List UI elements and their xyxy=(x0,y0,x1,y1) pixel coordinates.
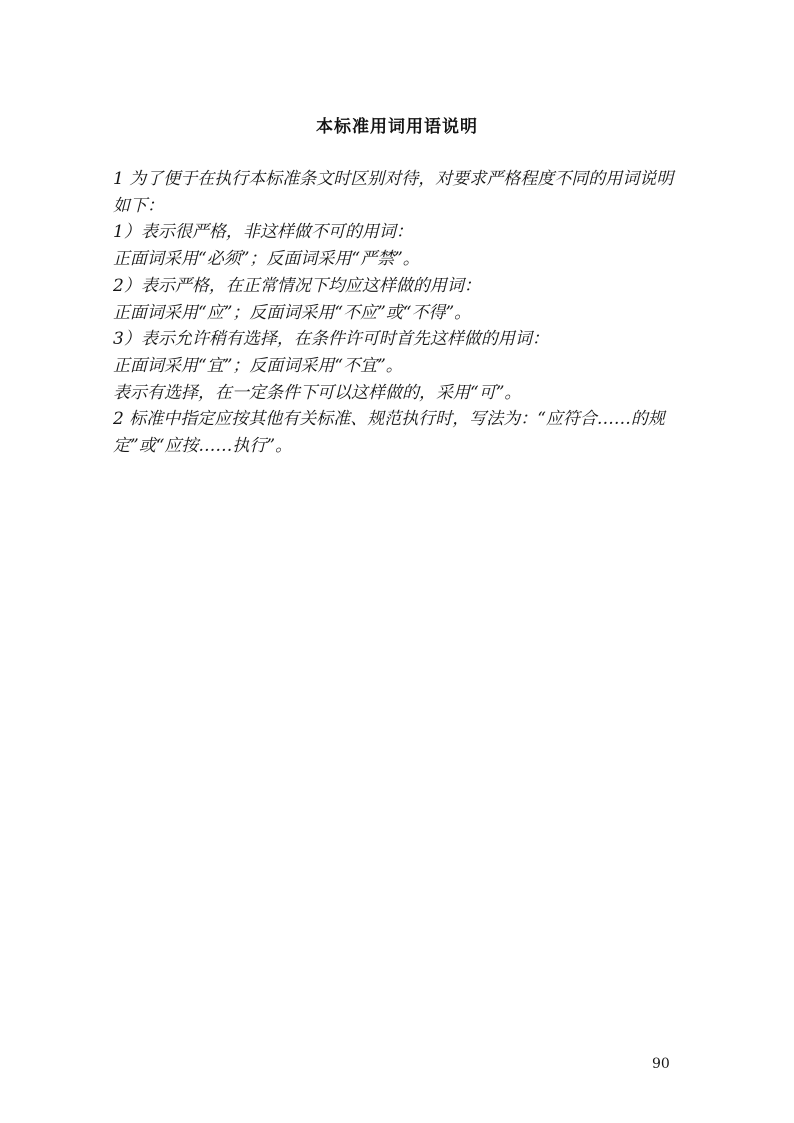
paragraph: 1 为了便于在执行本标准条文时区别对待，对要求严格程度不同的用词说明如下： xyxy=(113,166,683,219)
page-number: 90 xyxy=(652,1056,670,1072)
paragraph: 表示有选择，在一定条件下可以这样做的，采用“可”。 xyxy=(113,380,683,407)
paragraph: 正面词采用“宜”；反面词采用“不宜”。 xyxy=(113,353,683,380)
paragraph: 2）表示严格，在正常情况下均应这样做的用词： xyxy=(113,273,683,300)
document-body: 1 为了便于在执行本标准条文时区别对待，对要求严格程度不同的用词说明如下： 1）… xyxy=(113,166,683,460)
paragraph: 1）表示很严格，非这样做不可的用词： xyxy=(113,219,683,246)
document-page: 本标准用词用语说明 1 为了便于在执行本标准条文时区别对待，对要求严格程度不同的… xyxy=(0,0,794,1123)
page-title: 本标准用词用语说明 xyxy=(0,112,794,137)
paragraph: 正面词采用“必须”；反面词采用“严禁”。 xyxy=(113,246,683,273)
paragraph: 2 标准中指定应按其他有关标准、规范执行时，写法为：“应符合……的规定”或“应按… xyxy=(113,406,683,459)
paragraph: 正面词采用“应”；反面词采用“不应”或“不得”。 xyxy=(113,300,683,327)
paragraph: 3）表示允许稍有选择，在条件许可时首先这样做的用词： xyxy=(113,326,683,353)
